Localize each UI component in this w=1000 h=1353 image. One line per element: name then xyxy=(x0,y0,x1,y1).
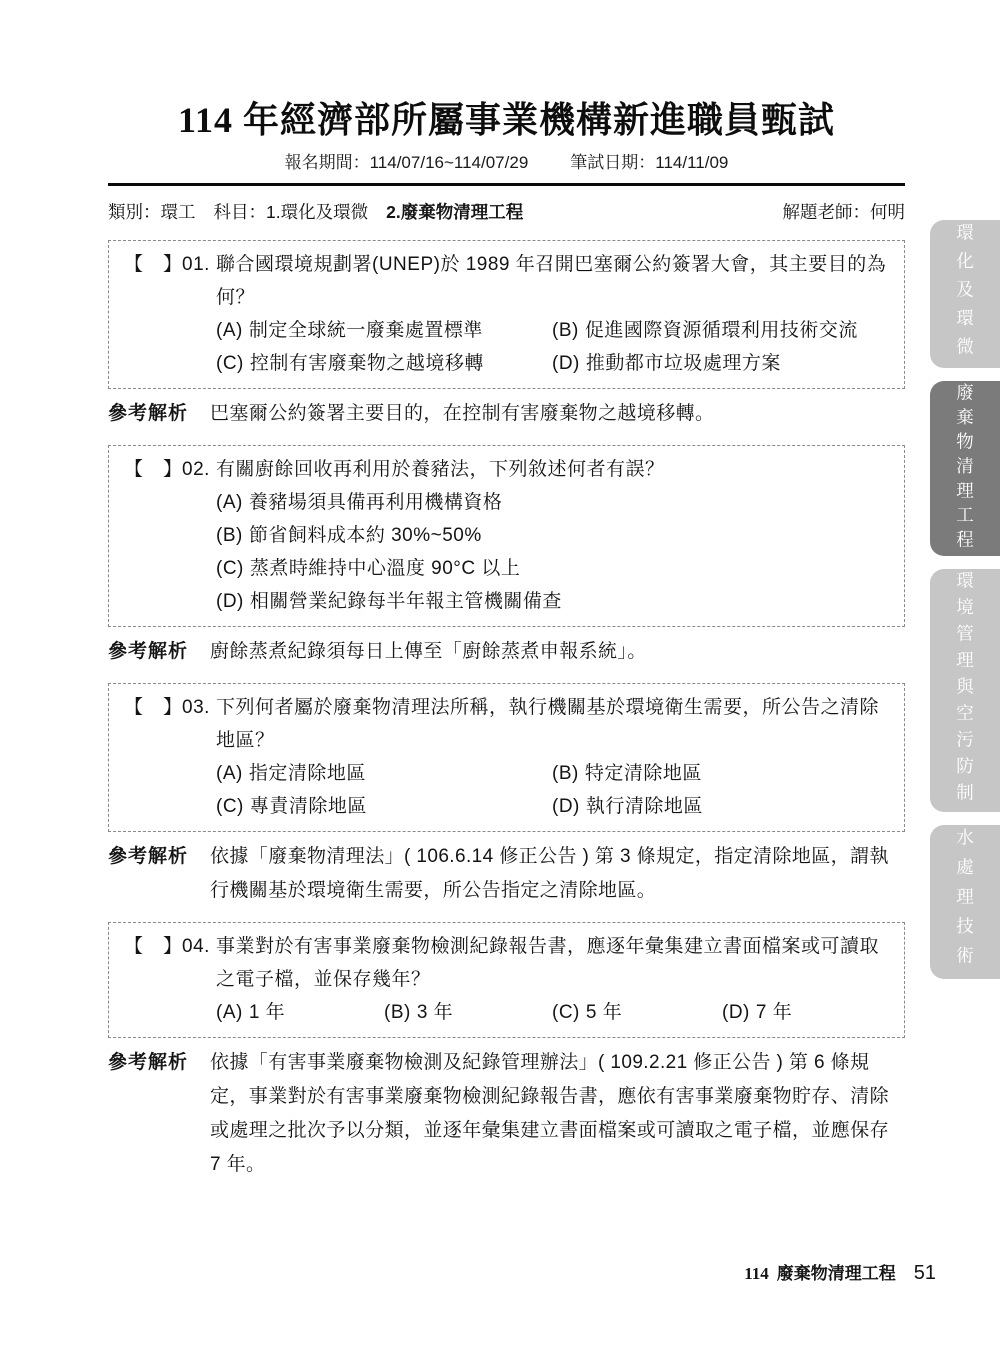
option-label: (B) xyxy=(552,320,579,341)
option-label: (D) xyxy=(552,796,580,817)
question-row: 【 】 04. 事業對於有害事業廢棄物檢測紀錄報告書，應逐年彙集建立書面檔案或可… xyxy=(124,930,889,996)
answer-bracket: 【 】 xyxy=(124,930,182,963)
answer-bracket: 【 】 xyxy=(124,453,182,486)
question-number: 02. xyxy=(182,453,216,486)
option-text: 執行清除地區 xyxy=(586,796,703,817)
subject-label: 科目：1.環化及環微 xyxy=(214,200,369,224)
question-row: 【 】 03. 下列何者屬於廢棄物清理法所稱，執行機關基於環境衛生需要，所公告之… xyxy=(124,691,889,757)
question-box-3: 【 】 03. 下列何者屬於廢棄物清理法所稱，執行機關基於環境衛生需要，所公告之… xyxy=(108,683,905,832)
question-box-4: 【 】 04. 事業對於有害事業廢棄物檢測紀錄報告書，應逐年彙集建立書面檔案或可… xyxy=(108,922,905,1038)
page-title: 114 年經濟部所屬事業機構新進職員甄試 xyxy=(108,98,905,142)
option-text: 特定清除地區 xyxy=(585,763,702,784)
option-label: (C) xyxy=(216,353,244,374)
answer-bracket: 【 】 xyxy=(124,248,182,281)
option-c: (C)專責清除地區 xyxy=(216,790,552,823)
option-text: 控制有害廢棄物之越境移轉 xyxy=(250,353,484,374)
side-tab-waste-treatment-active: 廢棄物清理工程 xyxy=(930,381,1000,556)
options-grid: (A)1 年 (B)3 年 (C)5 年 (D)7 年 xyxy=(216,996,889,1029)
option-text: 推動都市垃圾處理方案 xyxy=(586,353,781,374)
option-a: (A)養豬場須具備再利用機構資格 xyxy=(216,486,889,519)
footer-book-year: 114 xyxy=(744,1264,769,1284)
analysis-label: 參考解析 xyxy=(108,840,210,908)
option-text: 指定清除地區 xyxy=(249,763,366,784)
option-c: (C)5 年 xyxy=(552,996,722,1029)
analysis-text: 依據「有害事業廢棄物檢測及紀錄管理辦法」( 109.2.21 修正公告 ) 第 … xyxy=(210,1046,905,1182)
option-label: (A) xyxy=(216,492,243,513)
options-grid: (A)指定清除地區 (B)特定清除地區 (C)專責清除地區 (D)執行清除地區 xyxy=(216,757,889,823)
option-b: (B)節省飼料成本約 30%~50% xyxy=(216,519,889,552)
question-number: 04. xyxy=(182,930,216,963)
option-label: (D) xyxy=(722,1002,750,1023)
options-grid: (A)制定全球統一廢棄處置標準 (B)促進國際資源循環利用技術交流 (C)控制有… xyxy=(216,314,889,380)
option-text: 1 年 xyxy=(249,1002,285,1023)
option-label: (D) xyxy=(552,353,580,374)
option-text: 養豬場須具備再利用機構資格 xyxy=(249,492,503,513)
page-content: 114 年經濟部所屬事業機構新進職員甄試 報名期間：114/07/16~114/… xyxy=(108,0,905,1182)
option-a: (A)指定清除地區 xyxy=(216,757,552,790)
footer-chapter: 廢棄物清理工程 xyxy=(777,1259,896,1284)
option-d: (D)7 年 xyxy=(722,996,889,1029)
meta-row: 類別：環工 科目：1.環化及環微 2.廢棄物清理工程 解題老師：何明 xyxy=(108,200,905,224)
teacher-label: 解題老師：何明 xyxy=(783,200,906,224)
question-text: 下列何者屬於廢棄物清理法所稱，執行機關基於環境衛生需要，所公告之清除地區？ xyxy=(216,691,889,757)
side-tab-env-chem-micro: 環化及環微 xyxy=(930,220,1000,368)
footer-page-number: 51 xyxy=(914,1262,936,1285)
option-label: (B) xyxy=(384,1002,411,1023)
option-label: (B) xyxy=(216,525,243,546)
analysis-block-4: 參考解析 依據「有害事業廢棄物檢測及紀錄管理辦法」( 109.2.21 修正公告… xyxy=(108,1046,905,1182)
option-text: 5 年 xyxy=(586,1002,622,1023)
question-number: 01. xyxy=(182,248,216,281)
option-label: (A) xyxy=(216,1002,243,1023)
side-tab-water-treatment: 水處理技術 xyxy=(930,825,1000,979)
option-text: 7 年 xyxy=(756,1002,792,1023)
subject-bold-label: 2.廢棄物清理工程 xyxy=(386,200,523,224)
question-row: 【 】 01. 聯合國環境規劃署(UNEP)於 1989 年召開巴塞爾公約簽署大… xyxy=(124,248,889,314)
analysis-text: 依據「廢棄物清理法」( 106.6.14 修正公告 ) 第 3 條規定，指定清除… xyxy=(210,840,905,908)
meta-left: 類別：環工 科目：1.環化及環微 2.廢棄物清理工程 xyxy=(108,200,523,224)
question-box-2: 【 】 02. 有關廚餘回收再利用於養豬法，下列敘述何者有誤？ (A)養豬場須具… xyxy=(108,445,905,627)
option-b: (B)促進國際資源循環利用技術交流 xyxy=(552,314,889,347)
question-box-1: 【 】 01. 聯合國環境規劃署(UNEP)於 1989 年召開巴塞爾公約簽署大… xyxy=(108,240,905,389)
options-grid: (A)養豬場須具備再利用機構資格 (B)節省飼料成本約 30%~50% (C)蒸… xyxy=(216,486,889,618)
category-label: 類別：環工 xyxy=(108,200,196,224)
side-tab-env-mgmt-air-pollution: 環境管理與空污防制 xyxy=(930,569,1000,812)
option-a: (A)1 年 xyxy=(216,996,384,1029)
option-b: (B)3 年 xyxy=(384,996,552,1029)
analysis-block-3: 參考解析 依據「廢棄物清理法」( 106.6.14 修正公告 ) 第 3 條規定… xyxy=(108,840,905,908)
header-divider xyxy=(108,183,905,186)
option-label: (C) xyxy=(216,558,244,579)
exam-date: 筆試日期：114/11/09 xyxy=(570,151,728,175)
answer-bracket: 【 】 xyxy=(124,691,182,724)
option-c: (C)控制有害廢棄物之越境移轉 xyxy=(216,347,552,380)
analysis-block-2: 參考解析 廚餘蒸煮紀錄須每日上傳至「廚餘蒸煮申報系統」。 xyxy=(108,635,905,669)
option-label: (D) xyxy=(216,591,244,612)
analysis-text: 巴塞爾公約簽署主要目的，在控制有害廢棄物之越境移轉。 xyxy=(210,397,905,431)
option-text: 相關營業紀錄每半年報主管機關備查 xyxy=(250,591,562,612)
analysis-text: 廚餘蒸煮紀錄須每日上傳至「廚餘蒸煮申報系統」。 xyxy=(210,635,905,669)
option-text: 3 年 xyxy=(417,1002,453,1023)
page-footer: 114 廢棄物清理工程 51 xyxy=(744,1259,936,1285)
option-text: 制定全球統一廢棄處置標準 xyxy=(249,320,483,341)
option-text: 蒸煮時維持中心溫度 90°C 以上 xyxy=(250,558,521,579)
option-d: (D)相關營業紀錄每半年報主管機關備查 xyxy=(216,585,889,618)
analysis-label: 參考解析 xyxy=(108,635,210,669)
registration-period: 報名期間：114/07/16~114/07/29 xyxy=(285,151,529,175)
option-a: (A)制定全球統一廢棄處置標準 xyxy=(216,314,552,347)
option-label: (C) xyxy=(216,796,244,817)
option-label: (A) xyxy=(216,320,243,341)
option-label: (B) xyxy=(552,763,579,784)
option-d: (D)執行清除地區 xyxy=(552,790,889,823)
option-text: 專責清除地區 xyxy=(250,796,367,817)
option-label: (C) xyxy=(552,1002,580,1023)
analysis-label: 參考解析 xyxy=(108,397,210,431)
subtitle-row: 報名期間：114/07/16~114/07/29 筆試日期：114/11/09 xyxy=(108,151,905,175)
question-text: 有關廚餘回收再利用於養豬法，下列敘述何者有誤？ xyxy=(216,453,889,486)
question-text: 聯合國環境規劃署(UNEP)於 1989 年召開巴塞爾公約簽署大會，其主要目的為… xyxy=(216,248,889,314)
question-row: 【 】 02. 有關廚餘回收再利用於養豬法，下列敘述何者有誤？ xyxy=(124,453,889,486)
option-label: (A) xyxy=(216,763,243,784)
option-b: (B)特定清除地區 xyxy=(552,757,889,790)
question-number: 03. xyxy=(182,691,216,724)
question-text: 事業對於有害事業廢棄物檢測紀錄報告書，應逐年彙集建立書面檔案或可讀取之電子檔，並… xyxy=(216,930,889,996)
option-c: (C)蒸煮時維持中心溫度 90°C 以上 xyxy=(216,552,889,585)
option-text: 促進國際資源循環利用技術交流 xyxy=(585,320,858,341)
option-text: 節省飼料成本約 30%~50% xyxy=(249,525,482,546)
analysis-label: 參考解析 xyxy=(108,1046,210,1182)
analysis-block-1: 參考解析 巴塞爾公約簽署主要目的，在控制有害廢棄物之越境移轉。 xyxy=(108,397,905,431)
option-d: (D)推動都市垃圾處理方案 xyxy=(552,347,889,380)
